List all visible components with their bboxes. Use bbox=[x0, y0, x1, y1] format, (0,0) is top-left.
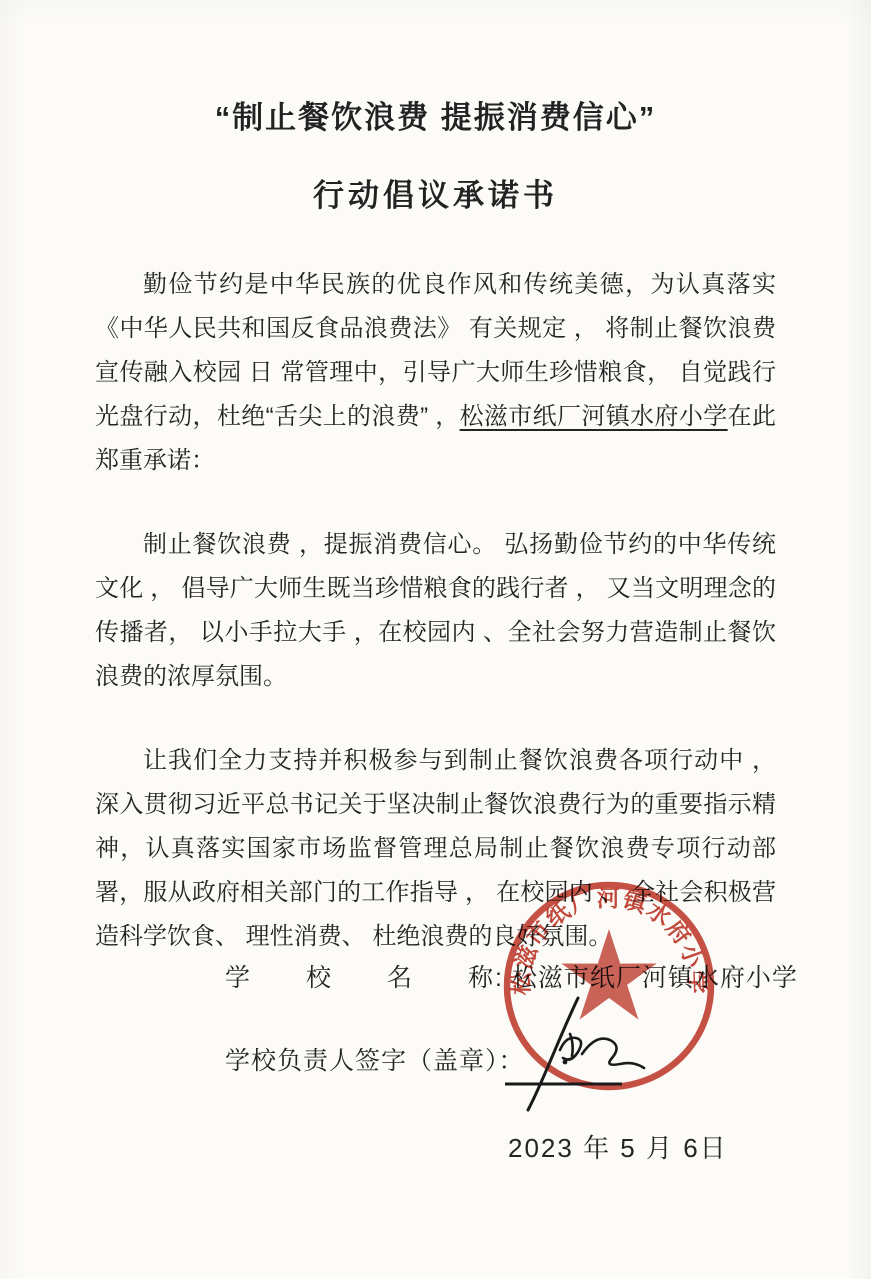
signer-line: 学校负责人签字（盖章）： bbox=[225, 1041, 525, 1077]
school-name-underlined: 松滋市纸厂河镇水府小学 bbox=[460, 403, 728, 430]
paragraph-pledge: 制止餐饮浪费 ，提振消费信心。 弘扬勤俭节约的中华传统文化 ， 倡导广大师生既当… bbox=[95, 523, 776, 699]
document-title-line1: “制止餐饮浪费 提振消费信心” bbox=[0, 92, 871, 137]
document-body: 勤俭节约是中华民族的优良作风和传统美德，为认真落实《中华人民共和国反食品浪费法》… bbox=[95, 263, 776, 959]
signature-dot bbox=[563, 1060, 568, 1065]
signature-stroke-loops bbox=[560, 1034, 644, 1068]
paragraph-commitment-intro: 勤俭节约是中华民族的优良作风和传统美德，为认真落实《中华人民共和国反食品浪费法》… bbox=[95, 263, 776, 483]
signer-label: 学校负责人签字（盖章）： bbox=[225, 1047, 525, 1075]
handwritten-signature bbox=[498, 992, 683, 1117]
signature-stroke-slash bbox=[528, 998, 578, 1110]
document-title-line2: 行动倡议承诺书 bbox=[0, 170, 871, 215]
document-page: “制止餐饮浪费 提振消费信心” 行动倡议承诺书 勤俭节约是中华民族的优良作风和传… bbox=[0, 0, 871, 1279]
document-header: “制止餐饮浪费 提振消费信心” 行动倡议承诺书 bbox=[0, 0, 871, 215]
school-name-label: 学 校 名 称: bbox=[225, 964, 504, 992]
date-line: 2023 年 5 月 6日 bbox=[508, 1128, 728, 1165]
